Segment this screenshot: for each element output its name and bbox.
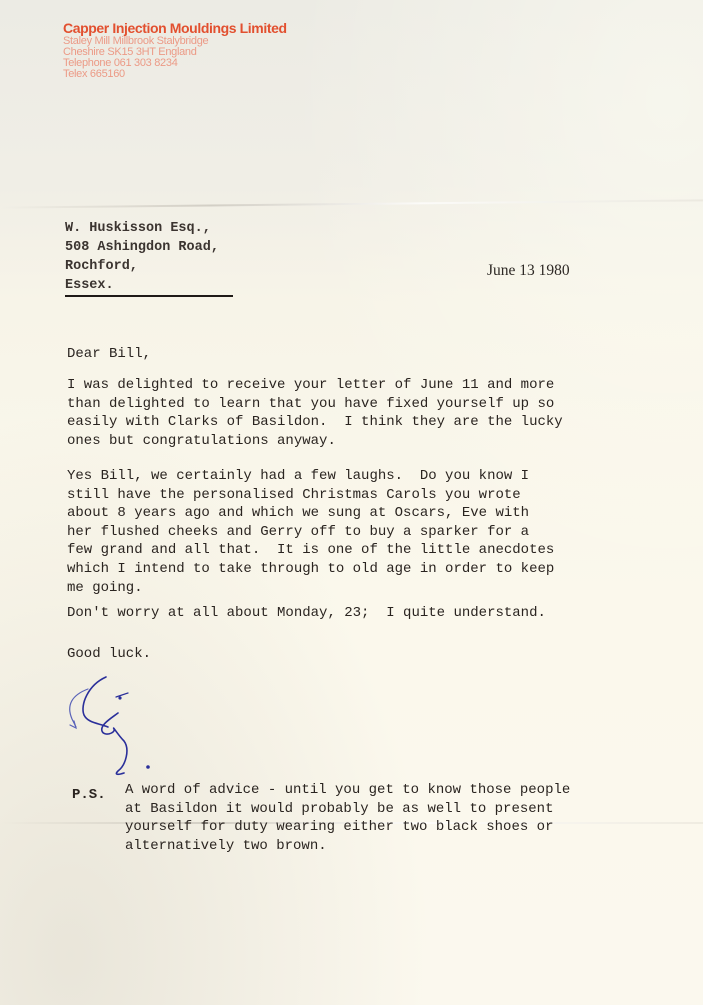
paragraph: Yes Bill, we certainly had a few laughs.… xyxy=(67,467,554,597)
recipient-county: Essex. xyxy=(65,276,233,297)
postscript-label: P.S. xyxy=(72,787,106,803)
salutation: Dear Bill, xyxy=(67,345,151,364)
letterhead-telex: Telex 665160 xyxy=(63,69,287,80)
closing: Good luck. xyxy=(67,645,151,664)
paragraph: I was delighted to receive your letter o… xyxy=(67,376,563,450)
letterhead: Capper Injection Mouldings Limited Stale… xyxy=(63,20,287,80)
paragraph: Don't worry at all about Monday, 23; I q… xyxy=(67,604,546,623)
letter-date: June 13 1980 xyxy=(487,262,570,280)
recipient-town: Rochford, xyxy=(65,257,233,276)
fold-crease xyxy=(0,199,703,208)
postscript-text: A word of advice - until you get to know… xyxy=(125,781,570,855)
recipient-address: W. Huskisson Esq., 508 Ashingdon Road, R… xyxy=(65,219,233,297)
recipient-street: 508 Ashingdon Road, xyxy=(65,238,233,257)
recipient-name: W. Huskisson Esq., xyxy=(65,219,233,238)
handwritten-signature-icon xyxy=(58,675,168,785)
company-name: Capper Injection Mouldings Limited xyxy=(63,20,287,36)
